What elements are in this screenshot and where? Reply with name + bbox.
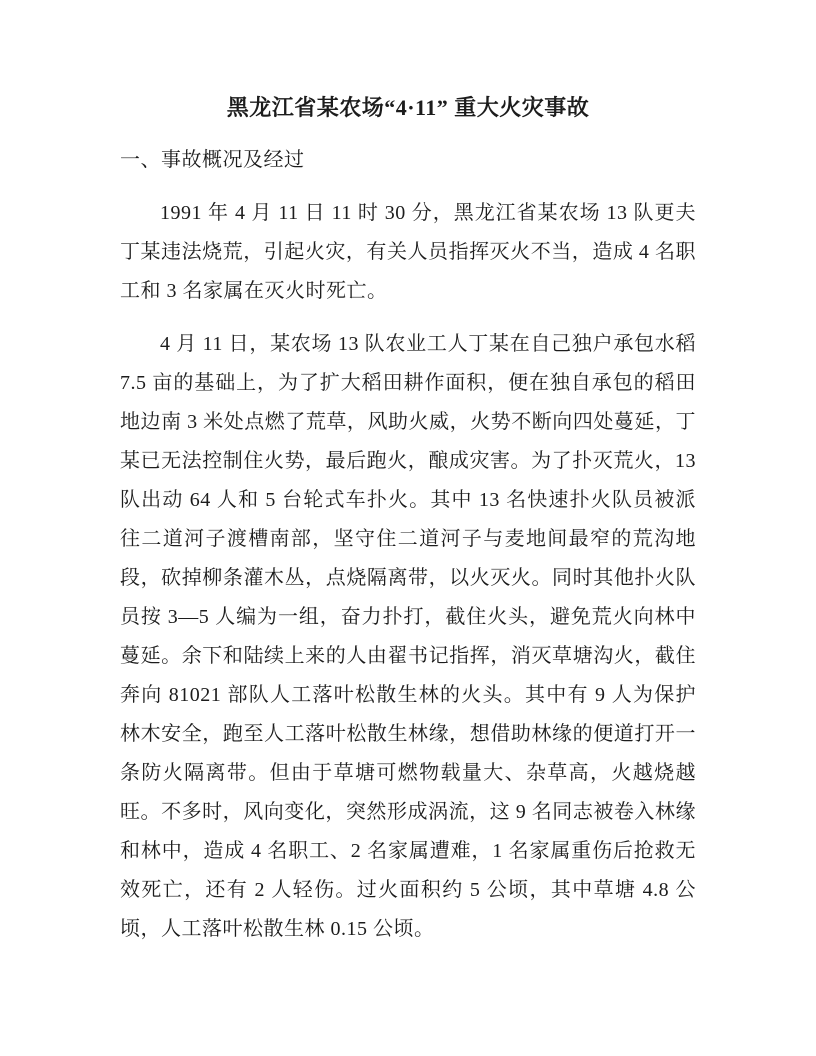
paragraph-accident-summary: 1991 年 4 月 11 日 11 时 30 分，黑龙江省某农场 13 队更夫…	[120, 194, 696, 311]
document-content: 黑龙江省某农场“4·11” 重大火灾事故 一、事故概况及经过 1991 年 4 …	[120, 88, 696, 949]
document-page: 黑龙江省某农场“4·11” 重大火灾事故 一、事故概况及经过 1991 年 4 …	[0, 0, 816, 1056]
section-heading-accident-overview: 一、事故概况及经过	[120, 141, 696, 180]
paragraph-accident-details: 4 月 11 日，某农场 13 队农业工人丁某在自己独户承包水稻 7.5 亩的基…	[120, 325, 696, 949]
document-title: 黑龙江省某农场“4·11” 重大火灾事故	[120, 88, 696, 127]
